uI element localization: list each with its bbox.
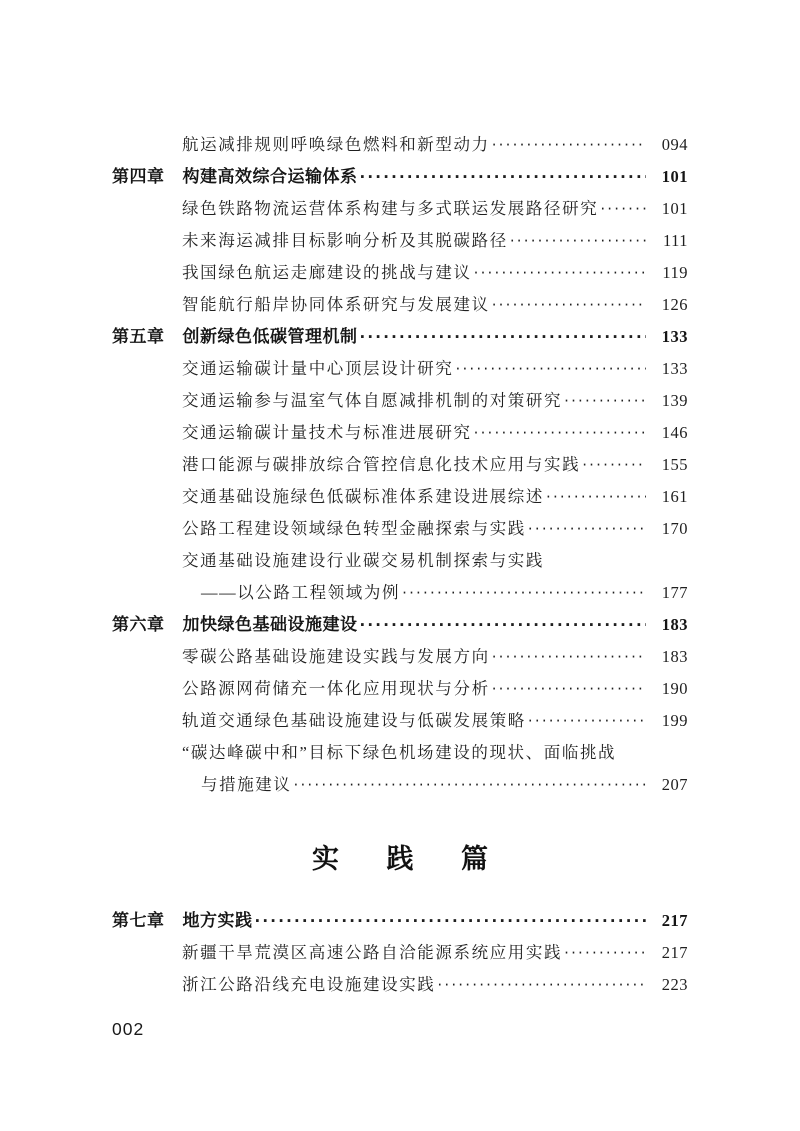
toc-page-number: 177	[654, 577, 688, 609]
dot-leader	[456, 353, 647, 385]
toc-entry-row: 交通运输碳计量中心顶层设计研究133	[112, 353, 688, 385]
toc-entry-row: “碳达峰碳中和”目标下绿色机场建设的现状、面临挑战	[112, 737, 688, 769]
dot-leader	[528, 705, 646, 737]
toc-item-title: “碳达峰碳中和”目标下绿色机场建设的现状、面临挑战	[182, 737, 616, 769]
toc-entry-row: 新疆干旱荒漠区高速公路自洽能源系统应用实践217	[112, 937, 688, 969]
toc-item-title: 公路工程建设领域绿色转型金融探索与实践	[182, 513, 526, 545]
toc-page-number: 101	[654, 193, 688, 225]
toc-page-number: 111	[654, 225, 688, 257]
dot-leader	[492, 641, 646, 673]
toc-entry-row: 公路源网荷储充一体化应用现状与分析190	[112, 673, 688, 705]
toc-item-title: 公路源网荷储充一体化应用现状与分析	[182, 673, 490, 705]
toc-page-number: 133	[654, 353, 688, 385]
toc-item-title: 绿色铁路物流运营体系构建与多式联运发展路径研究	[182, 193, 598, 225]
toc-item-title: 加快绿色基础设施建设	[183, 609, 358, 641]
table-of-contents: 航运减排规则呼唤绿色燃料和新型动力094第四章构建高效综合运输体系101绿色铁路…	[112, 129, 688, 1001]
dot-leader	[474, 257, 646, 289]
toc-item-title: 交通运输碳计量中心顶层设计研究	[182, 353, 454, 385]
toc-entry-row: 公路工程建设领域绿色转型金融探索与实践170	[112, 513, 688, 545]
dot-leader	[564, 385, 646, 417]
toc-item-title: 创新绿色低碳管理机制	[183, 321, 358, 353]
toc-section-bottom: 第七章地方实践217新疆干旱荒漠区高速公路自洽能源系统应用实践217浙江公路沿线…	[112, 905, 688, 1001]
toc-item-title: 交通基础设施绿色低碳标准体系建设进展综述	[182, 481, 544, 513]
chapter-number-label: 第六章	[112, 609, 165, 641]
dot-leader	[528, 513, 646, 545]
toc-page-number: 094	[654, 129, 688, 161]
toc-page-number: 217	[654, 905, 688, 937]
toc-item-title: 智能航行船岸协同体系研究与发展建议	[182, 289, 490, 321]
toc-chapter-row: 第五章创新绿色低碳管理机制133	[112, 321, 688, 353]
toc-entry-row: 未来海运减排目标影响分析及其脱碳路径111	[112, 225, 688, 257]
toc-entry-row: 轨道交通绿色基础设施建设与低碳发展策略199	[112, 705, 688, 737]
dot-leader	[437, 969, 646, 1001]
toc-entry-row: 航运减排规则呼唤绿色燃料和新型动力094	[112, 129, 688, 161]
toc-chapter-row: 第六章加快绿色基础设施建设183	[112, 609, 688, 641]
toc-item-title: 构建高效综合运输体系	[183, 161, 358, 193]
toc-page-number: 155	[654, 449, 688, 481]
toc-entry-row: 零碳公路基础设施建设实践与发展方向183	[112, 641, 688, 673]
chapter-number-label: 第七章	[112, 905, 165, 937]
dot-leader	[360, 321, 647, 353]
toc-page-number: 170	[654, 513, 688, 545]
toc-item-title: 与措施建议	[201, 769, 292, 801]
chapter-number-label: 第四章	[112, 161, 165, 193]
toc-entry-row: ——以公路工程领域为例177	[112, 577, 688, 609]
toc-item-title: 交通运输参与温室气体自愿减排机制的对策研究	[182, 385, 562, 417]
toc-item-title: 港口能源与碳排放综合管控信息化技术应用与实践	[182, 449, 580, 481]
dot-leader	[402, 577, 646, 609]
toc-entry-row: 港口能源与碳排放综合管控信息化技术应用与实践155	[112, 449, 688, 481]
toc-item-title: 零碳公路基础设施建设实践与发展方向	[182, 641, 490, 673]
toc-item-title: 轨道交通绿色基础设施建设与低碳发展策略	[182, 705, 526, 737]
toc-item-title: 地方实践	[183, 905, 253, 937]
toc-page-number: 139	[654, 385, 688, 417]
toc-entry-row: 绿色铁路物流运营体系构建与多式联运发展路径研究101	[112, 193, 688, 225]
toc-page-number: 133	[654, 321, 688, 353]
toc-page-number: 183	[654, 609, 688, 641]
toc-item-title: 交通基础设施建设行业碳交易机制探索与实践	[182, 545, 544, 577]
book-toc-page: 航运减排规则呼唤绿色燃料和新型动力094第四章构建高效综合运输体系101绿色铁路…	[0, 0, 800, 1131]
toc-item-title: 航运减排规则呼唤绿色燃料和新型动力	[182, 129, 490, 161]
toc-page-number: 183	[654, 641, 688, 673]
toc-chapter-row: 第七章地方实践217	[112, 905, 688, 937]
toc-page-number: 190	[654, 673, 688, 705]
dot-leader	[564, 937, 646, 969]
dot-leader	[255, 905, 647, 937]
toc-item-title: 未来海运减排目标影响分析及其脱碳路径	[182, 225, 508, 257]
toc-entry-row: 交通基础设施建设行业碳交易机制探索与实践	[112, 545, 688, 577]
toc-entry-row: 与措施建议207	[112, 769, 688, 801]
toc-entry-row: 智能航行船岸协同体系研究与发展建议126	[112, 289, 688, 321]
toc-entry-row: 交通运输参与温室气体自愿减排机制的对策研究139	[112, 385, 688, 417]
dot-leader	[600, 193, 646, 225]
toc-page-number: 207	[654, 769, 688, 801]
toc-entry-row: 交通运输碳计量技术与标准进展研究146	[112, 417, 688, 449]
dot-leader	[582, 449, 646, 481]
toc-entry-row: 我国绿色航运走廊建设的挑战与建议119	[112, 257, 688, 289]
toc-section-top: 航运减排规则呼唤绿色燃料和新型动力094第四章构建高效综合运输体系101绿色铁路…	[112, 129, 688, 801]
footer-page-number: 002	[112, 1019, 144, 1040]
toc-page-number: 146	[654, 417, 688, 449]
dot-leader	[360, 161, 647, 193]
toc-page-number: 119	[654, 257, 688, 289]
toc-page-number: 199	[654, 705, 688, 737]
toc-page-number: 223	[654, 969, 688, 1001]
dot-leader	[360, 609, 647, 641]
toc-page-number: 126	[654, 289, 688, 321]
dot-leader	[474, 417, 646, 449]
toc-item-title: 新疆干旱荒漠区高速公路自洽能源系统应用实践	[182, 937, 562, 969]
toc-item-title: 我国绿色航运走廊建设的挑战与建议	[182, 257, 472, 289]
toc-item-title: ——以公路工程领域为例	[201, 577, 400, 609]
chapter-number-label: 第五章	[112, 321, 165, 353]
section-divider-title: 实 践 篇	[112, 838, 688, 880]
dot-leader	[546, 481, 646, 513]
dot-leader	[510, 225, 646, 257]
dot-leader	[492, 129, 646, 161]
dot-leader	[492, 673, 646, 705]
toc-page-number: 161	[654, 481, 688, 513]
toc-page-number: 217	[654, 937, 688, 969]
dot-leader	[492, 289, 646, 321]
toc-page-number: 101	[654, 161, 688, 193]
toc-entry-row: 交通基础设施绿色低碳标准体系建设进展综述161	[112, 481, 688, 513]
toc-item-title: 浙江公路沿线充电设施建设实践	[182, 969, 435, 1001]
toc-item-title: 交通运输碳计量技术与标准进展研究	[182, 417, 472, 449]
toc-entry-row: 浙江公路沿线充电设施建设实践223	[112, 969, 688, 1001]
dot-leader	[294, 769, 647, 801]
toc-chapter-row: 第四章构建高效综合运输体系101	[112, 161, 688, 193]
